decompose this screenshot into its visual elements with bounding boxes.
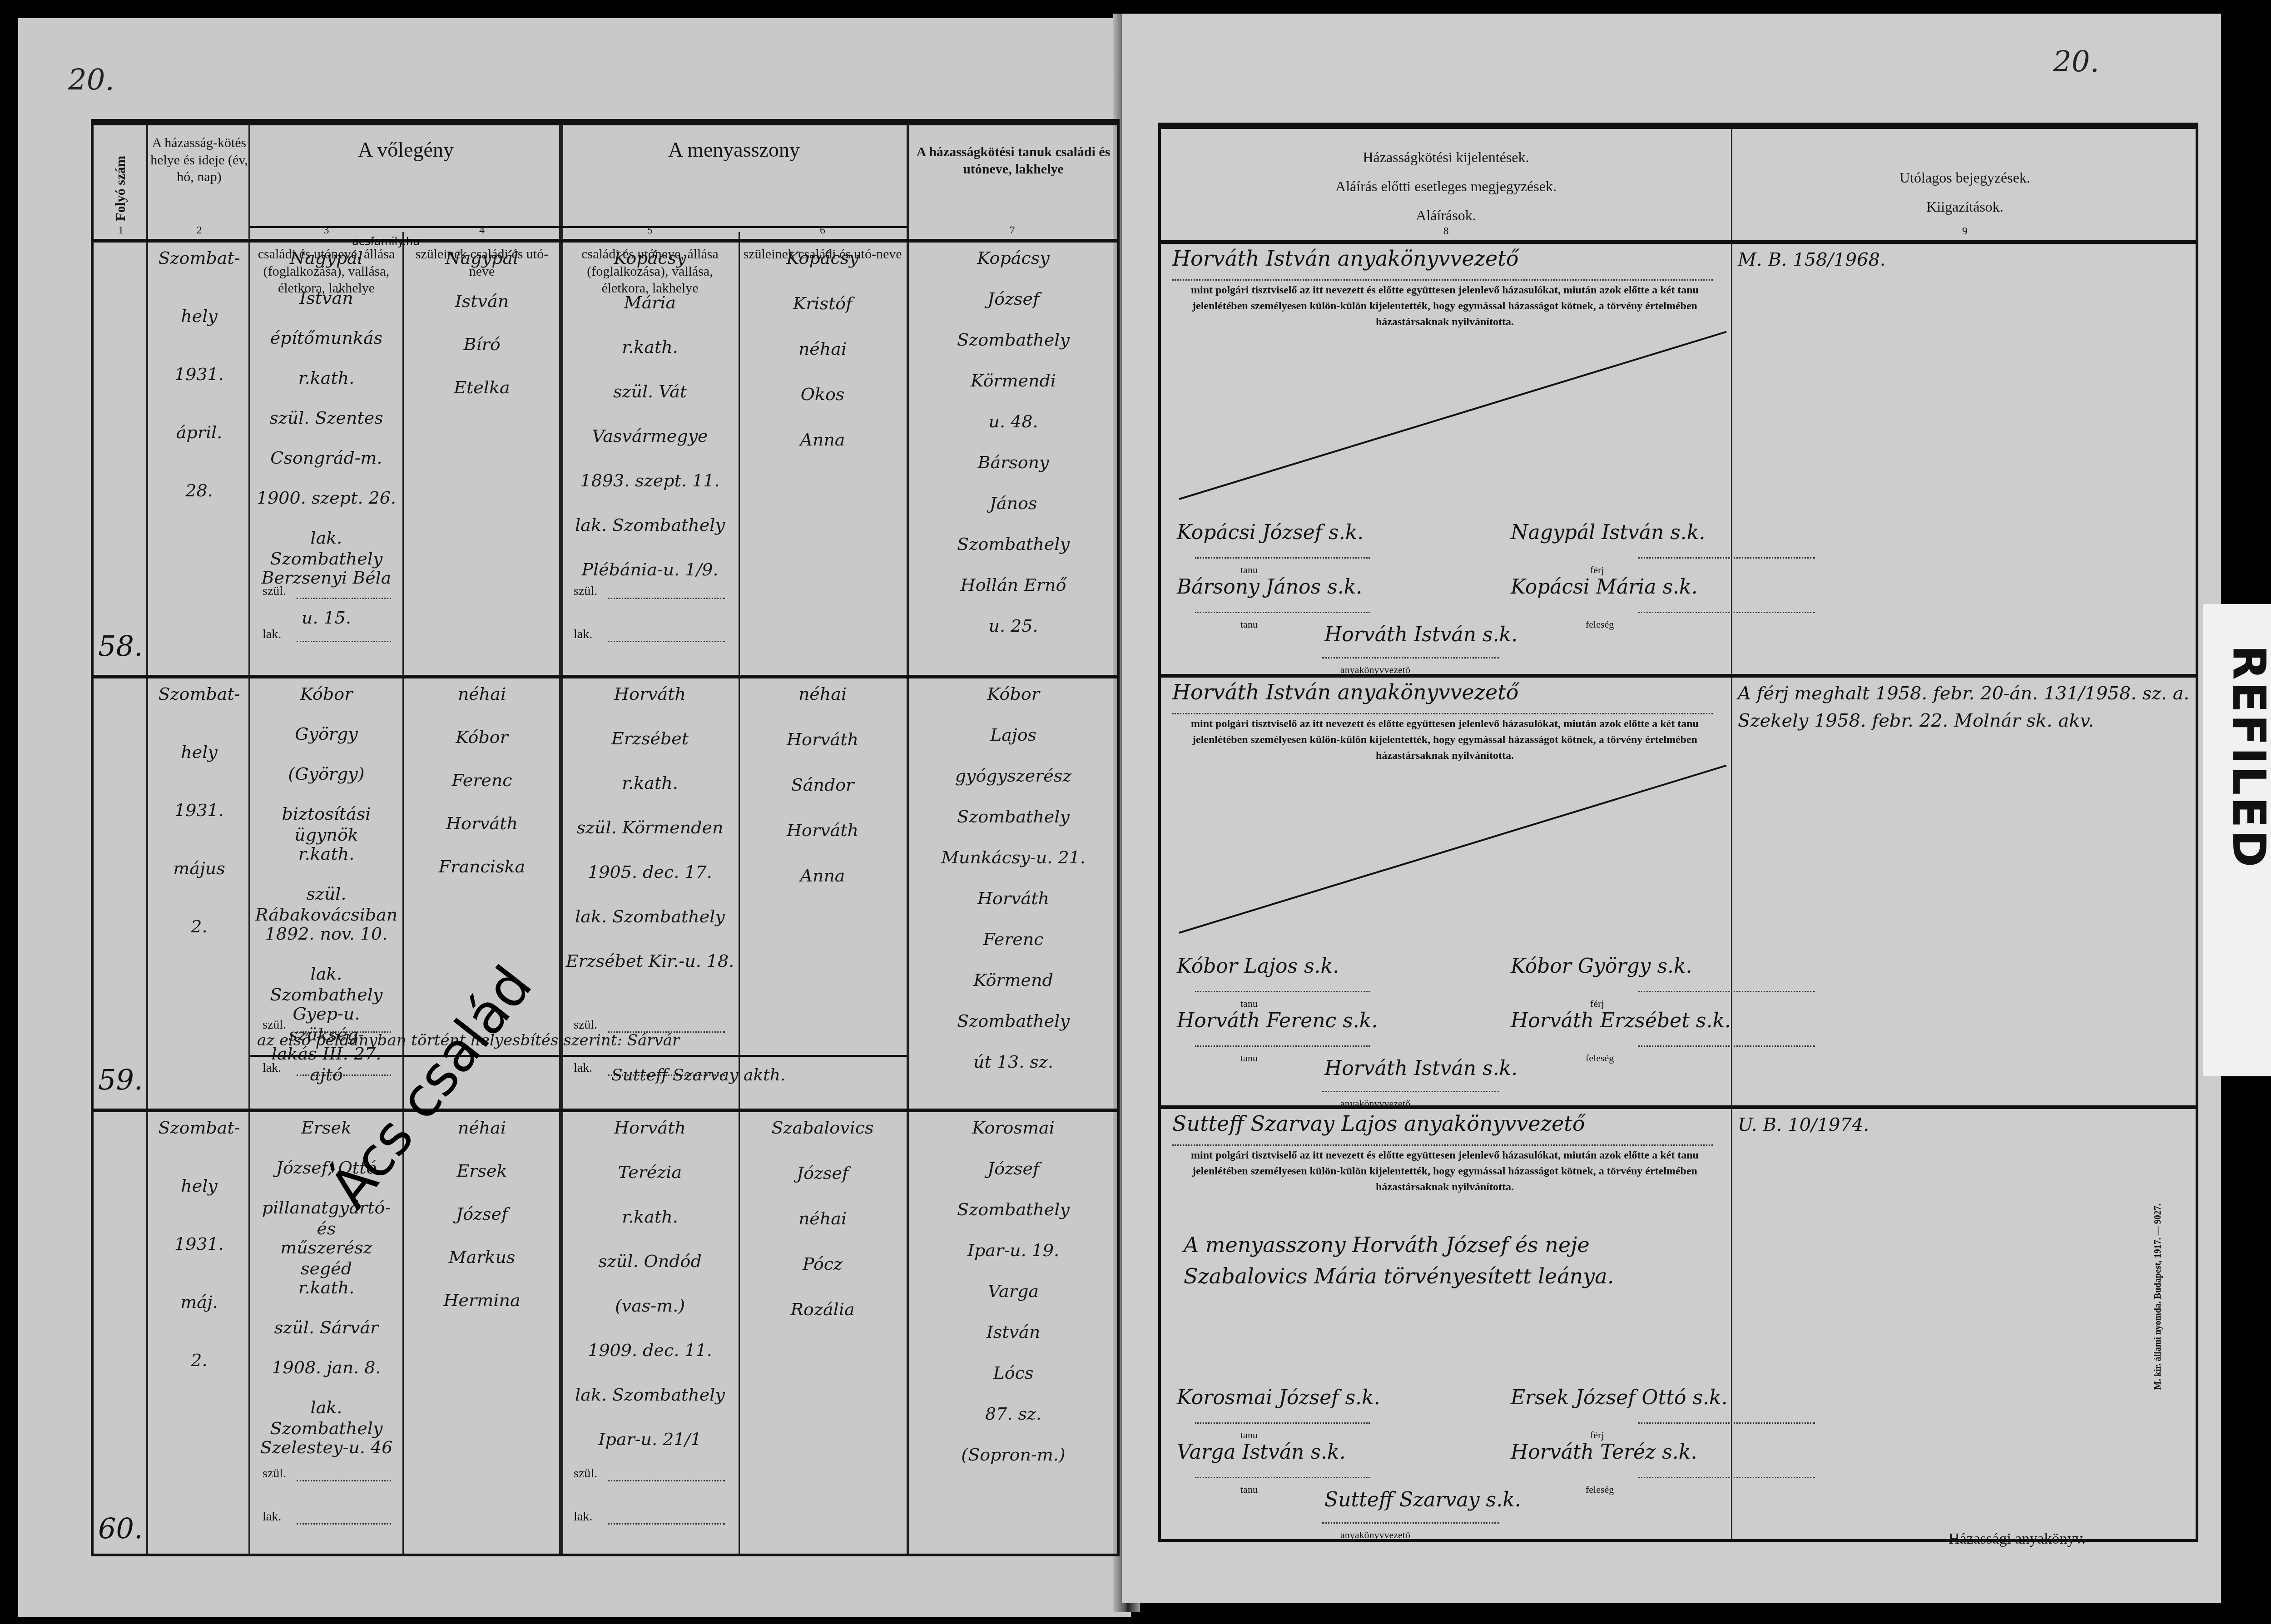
signature-registrar: Horváth István s.k. <box>1324 1057 1517 1080</box>
born-label: szül. <box>574 1018 597 1032</box>
entry-bride-line: r.kath. <box>564 1207 736 1228</box>
entry-place-date-line: 2. <box>150 916 248 937</box>
entry-witnesses-line: Munkácsy-u. 21. <box>909 847 1118 868</box>
entry-bride-line: lak. Szombathely <box>564 906 736 927</box>
entry-groom-parents-line: József <box>405 1204 559 1225</box>
entry-groom-line: Szelestey-u. 46 <box>253 1437 400 1458</box>
entry-witnesses-line: Körmend <box>909 970 1118 991</box>
declaration-text: mint polgári tisztviselő az itt nevezett… <box>1172 716 1717 763</box>
entry-groom-line: r.kath. <box>253 368 400 389</box>
entry-bride-line: Mária <box>564 292 736 313</box>
entry-bride-parents-line: Anna <box>741 430 904 451</box>
signature-wife: Horváth Erzsébet s.k. <box>1511 1009 1731 1032</box>
declaration-text: mint polgári tisztviselő az itt nevezett… <box>1172 1148 1717 1195</box>
entry-groom-line: szül. Sárvár <box>253 1317 400 1338</box>
archive-tag-line2: REFILED <box>2222 645 2271 869</box>
remark-text: A menyasszony Horváth József és neje Sza… <box>1184 1229 1715 1292</box>
printer-note: M. kir. állami nyomda. Budapest, 1917. —… <box>2153 1203 2163 1390</box>
born-label: szül. <box>263 1018 286 1032</box>
entry-bride-parents-line: Okos <box>741 384 904 405</box>
signature-witness-2: Bársony János s.k. <box>1177 575 1362 599</box>
entry-witnesses-line: Horváth <box>909 888 1118 909</box>
blank-space-cancel-line <box>1179 765 1726 934</box>
entry-groom-line: 1900. szept. 26. <box>253 488 400 509</box>
entry-witnesses-line: út 13. sz. <box>909 1052 1118 1073</box>
blank-space-cancel-line <box>1179 331 1726 500</box>
entry-bride-parents-line: Horváth <box>741 820 904 841</box>
entry-bride-parents-line: Anna <box>741 866 904 886</box>
residence-label: lak. <box>263 1061 281 1075</box>
entry-witnesses-line: József <box>909 1159 1118 1179</box>
label-wife: feleség <box>1586 1484 1614 1495</box>
entry-bride-line: 1905. dec. 17. <box>564 862 736 883</box>
entry-groom-parents-line: Horváth <box>405 813 559 834</box>
entry-witnesses-line: János <box>909 493 1118 514</box>
label-wife: feleség <box>1586 619 1614 630</box>
entry-bride-parents-line: néhai <box>741 339 904 360</box>
header-bride: A menyasszony <box>561 137 907 163</box>
header-groom: A vőlegény <box>250 137 561 163</box>
entry-groom-line: műszerész segéd <box>253 1238 400 1279</box>
entry-groom-parents-line: Franciska <box>405 857 559 877</box>
entry-place-date-line: ápril. <box>150 422 248 443</box>
col-number: 8 <box>1161 225 1731 238</box>
header-col1: Folyó szám <box>94 144 148 225</box>
entry-place-date-line: 1931. <box>150 364 248 385</box>
signature-husband: Nagypál István s.k. <box>1511 521 1705 544</box>
entry-bride-line: 1909. dec. 11. <box>564 1340 736 1361</box>
entry-groom-line: Nagypál <box>253 248 400 269</box>
born-label: szül. <box>574 584 597 599</box>
entry-bride-line: (vas-m.) <box>564 1296 736 1317</box>
label-husband: férj <box>1590 998 1604 1010</box>
entry-bride-line: Horváth <box>564 1118 736 1139</box>
entry-groom-line: Csongrád-m. <box>253 448 400 469</box>
signature-registrar: Sutteff Szarvay s.k. <box>1324 1488 1521 1511</box>
signature-wife: Kopácsi Mária s.k. <box>1511 575 1698 599</box>
signature-husband: Ersek József Ottó s.k. <box>1511 1386 1728 1409</box>
registrar-line: Horváth István anyakönyvvezető <box>1172 680 1518 704</box>
entry-bride-parents-line: Rozália <box>741 1299 904 1320</box>
entry-witnesses-line: Szombathely <box>909 807 1118 827</box>
correction-signature: Sutteff Szarvay akth. <box>611 1065 785 1085</box>
entry-witnesses-line: Varga <box>909 1281 1118 1302</box>
label-registrar: anyakönyvvezető <box>1340 1098 1410 1109</box>
entry-place-date-line: Szombat- <box>150 684 248 705</box>
signature-wife: Horváth Teréz s.k. <box>1511 1441 1697 1464</box>
col-number: 9 <box>1731 225 2199 238</box>
residence-label: lak. <box>574 1061 592 1075</box>
entry-groom-line: építőmunkás <box>253 328 400 349</box>
entry-bride-parents-line: Kopácsy <box>741 248 904 269</box>
entry-place-date-line: május <box>150 858 248 879</box>
entry-groom-line: György <box>253 724 400 745</box>
entry-witnesses-line: Bársony <box>909 452 1118 473</box>
label-witness: tanu <box>1240 1484 1258 1495</box>
header-col7: A házasságkötési tanuk családi és utónev… <box>909 144 1118 178</box>
entry-bride-line: r.kath. <box>564 337 736 358</box>
col-number: 7 <box>907 224 1118 237</box>
entry-place-date-line: 2. <box>150 1350 248 1371</box>
entry-bride-line: szül. Ondód <box>564 1251 736 1272</box>
right-page-number: 20. <box>2053 45 2099 79</box>
signature-witness-1: Korosmai József s.k. <box>1177 1386 1380 1409</box>
entry-groom-parents-line: Ferenc <box>405 770 559 791</box>
label-witness: tanu <box>1240 998 1258 1010</box>
entry-groom-line: (György) <box>253 764 400 785</box>
entry-place-date-line: 1931. <box>150 800 248 821</box>
entry-bride-parents-line: Pócz <box>741 1254 904 1275</box>
entry-witnesses-line: Szombathely <box>909 1199 1118 1220</box>
entry-groom-line: lak. Szombathely <box>253 528 400 569</box>
entry-place-date-line: hely <box>150 306 248 327</box>
residence-label: lak. <box>574 627 592 642</box>
col-number: 2 <box>148 224 250 237</box>
residence-label: lak. <box>574 1510 592 1524</box>
entry-bride-line: Terézia <box>564 1162 736 1183</box>
entry-groom-line: Kóbor <box>253 684 400 705</box>
signature-husband: Kóbor György s.k. <box>1511 955 1692 978</box>
entry-witnesses-line: 87. sz. <box>909 1404 1118 1425</box>
entry-groom-line: lak. Szombathely <box>253 1397 400 1439</box>
entry-witnesses-line: Lócs <box>909 1363 1118 1384</box>
entry-place-date-line: 28. <box>150 480 248 501</box>
entry-witnesses-line: Ipar-u. 19. <box>909 1240 1118 1261</box>
entry-witnesses-line: József <box>909 289 1118 310</box>
entry-witnesses-line: Korosmai <box>909 1118 1118 1139</box>
entry-bride-line: lak. Szombathely <box>564 515 736 536</box>
entry-place-date-line: Szombat- <box>150 1118 248 1139</box>
entry-number: 59. <box>98 1063 143 1096</box>
label-witness: tanu <box>1240 1429 1258 1441</box>
label-witness: tanu <box>1240 619 1258 630</box>
residence-label: lak. <box>263 627 281 642</box>
entry-place-date-line: hely <box>150 1176 248 1197</box>
entry-groom-line: r.kath. <box>253 844 400 865</box>
entry-bride-parents-line: néhai <box>741 1208 904 1229</box>
entry-bride-line: 1893. szept. 11. <box>564 470 736 491</box>
entry-witnesses-line: (Sopron-m.) <box>909 1445 1118 1466</box>
entry-witnesses-line: u. 25. <box>909 616 1118 637</box>
entry-groom-line: István <box>253 288 400 309</box>
entry-bride-line: szül. Körmenden <box>564 817 736 838</box>
entry-witnesses-line: Lajos <box>909 725 1118 746</box>
entry-bride-line: Horváth <box>564 684 736 705</box>
register-title-footer: Házassági anyakönyv. <box>1949 1530 2086 1548</box>
entry-witnesses-line: u. 48. <box>909 411 1118 432</box>
entry-witnesses-line: Ferenc <box>909 929 1118 950</box>
register-table-left: Folyó szám A házasság-kötés helye és ide… <box>91 119 1120 1556</box>
label-registrar: anyakönyvvezető <box>1340 664 1410 676</box>
declaration-text: mint polgári tisztviselő az itt nevezett… <box>1172 282 1717 330</box>
entry-bride-parents-line: Szabalovics <box>741 1118 904 1139</box>
entry-groom-line: szül. Rábakovácsiban <box>253 884 400 925</box>
entry-witnesses-line: gyógyszerész <box>909 766 1118 787</box>
entry-place-date-line: 1931. <box>150 1234 248 1255</box>
entry-bride-parents-line: József <box>741 1163 904 1184</box>
entry-groom-parents-line: Markus <box>405 1247 559 1268</box>
entry-groom-parents-line: Bíró <box>405 334 559 355</box>
archive-tag: INTENT REFILED <box>2203 604 2271 1076</box>
entry-groom-line: 1908. jan. 8. <box>253 1357 400 1378</box>
entry-witnesses-line: Kóbor <box>909 684 1118 705</box>
watermark-small: acsfamily.hu <box>352 235 420 248</box>
entry-groom-line: 1892. nov. 10. <box>253 924 400 945</box>
register-table-right: Házasságkötési kijelentések. Aláírás elő… <box>1158 123 2198 1542</box>
born-label: szül. <box>263 1466 286 1481</box>
entry-groom-parents-line: Nagypál <box>405 248 559 269</box>
entry-bride-line: Kopácsy <box>564 248 736 269</box>
signature-witness-1: Kóbor Lajos s.k. <box>1177 955 1339 978</box>
header-col2: A házasság-kötés helye és ideje (év, hó,… <box>150 134 248 186</box>
entry-groom-line: r.kath. <box>253 1277 400 1298</box>
header-col9: Utólagos bejegyzések. Kiigazítások. <box>1733 163 2197 221</box>
entry-bride-parents-line: néhai <box>741 684 904 705</box>
entry-number: 60. <box>98 1512 143 1545</box>
entry-bride-line: lak. Szombathely <box>564 1385 736 1406</box>
registrar-line: Horváth István anyakönyvvezető <box>1172 246 1518 271</box>
later-entry: M. B. 158/1968. <box>1738 246 2192 273</box>
born-label: szül. <box>574 1466 597 1481</box>
label-witness: tanu <box>1240 564 1258 576</box>
signature-witness-2: Horváth Ferenc s.k. <box>1177 1009 1378 1032</box>
entry-place-date-line: Szombat- <box>150 248 248 269</box>
entry-bride-line: Erzsébet Kir.-u. 18. <box>564 951 736 972</box>
entry-bride-line: szül. Vát <box>564 381 736 402</box>
entry-groom-line: u. 15. <box>253 608 400 629</box>
col-number: 3 <box>250 224 402 237</box>
entry-bride-line: Plébánia-u. 1/9. <box>564 559 736 580</box>
signature-witness-1: Kopácsi József s.k. <box>1177 521 1364 544</box>
signature-registrar: Horváth István s.k. <box>1324 623 1517 646</box>
entry-bride-line: Ipar-u. 21/1 <box>564 1429 736 1450</box>
later-entry: A férj meghalt 1958. febr. 20-án. 131/19… <box>1738 680 2192 734</box>
entry-bride-line: Vasvármegye <box>564 426 736 447</box>
label-husband: férj <box>1590 564 1604 576</box>
entry-number: 58. <box>98 629 143 663</box>
residence-label: lak. <box>263 1510 281 1524</box>
entry-groom-parents-line: Kóbor <box>405 727 559 748</box>
entry-groom-line: szül. Szentes <box>253 408 400 429</box>
header-col8: Házasságkötési kijelentések. Aláírás elő… <box>1161 143 1731 230</box>
entry-bride-parents-line: Kristóf <box>741 293 904 314</box>
entry-witnesses-line: Szombathely <box>909 330 1118 351</box>
entry-witnesses-line: István <box>909 1322 1118 1343</box>
entry-groom-parents-line: Etelka <box>405 377 559 398</box>
entry-place-date-line: hely <box>150 742 248 763</box>
label-registrar: anyakönyvvezető <box>1340 1529 1410 1541</box>
entry-bride-line: Erzsébet <box>564 728 736 749</box>
entry-witnesses-line: Szombathely <box>909 534 1118 555</box>
entry-groom-line: lak. Szombathely <box>253 964 400 1005</box>
signature-witness-2: Varga István s.k. <box>1177 1441 1346 1464</box>
registrar-line: Sutteff Szarvay Lajos anyakönyvvezető <box>1172 1111 1585 1136</box>
entry-groom-parents-line: István <box>405 291 559 312</box>
entry-place-date-line: máj. <box>150 1292 248 1313</box>
entry-witnesses-line: Szombathely <box>909 1011 1118 1032</box>
entry-groom-parents-line: néhai <box>405 684 559 705</box>
entry-groom-parents-line: Ersek <box>405 1161 559 1182</box>
entry-witnesses-line: Hollán Ernő <box>909 575 1118 596</box>
entry-bride-line: r.kath. <box>564 773 736 794</box>
label-wife: feleség <box>1586 1052 1614 1064</box>
col-number: 5 <box>561 224 739 237</box>
born-label: szül. <box>263 584 286 599</box>
entry-groom-parents-line: Hermina <box>405 1290 559 1311</box>
left-page-number: 20. <box>68 64 114 97</box>
col-number: 1 <box>94 224 148 237</box>
label-husband: férj <box>1590 1429 1604 1441</box>
label-witness: tanu <box>1240 1052 1258 1064</box>
later-entry: U. B. 10/1974. <box>1738 1111 2192 1139</box>
entry-groom-line: biztosítási ügynök <box>253 804 400 845</box>
entry-bride-parents-line: Horváth <box>741 729 904 750</box>
col-number: 4 <box>402 224 561 237</box>
col-number: 6 <box>739 224 907 237</box>
entry-witnesses-line: Körmendi <box>909 371 1118 391</box>
entry-witnesses-line: Kopácsy <box>909 248 1118 269</box>
entry-bride-parents-line: Sándor <box>741 775 904 796</box>
